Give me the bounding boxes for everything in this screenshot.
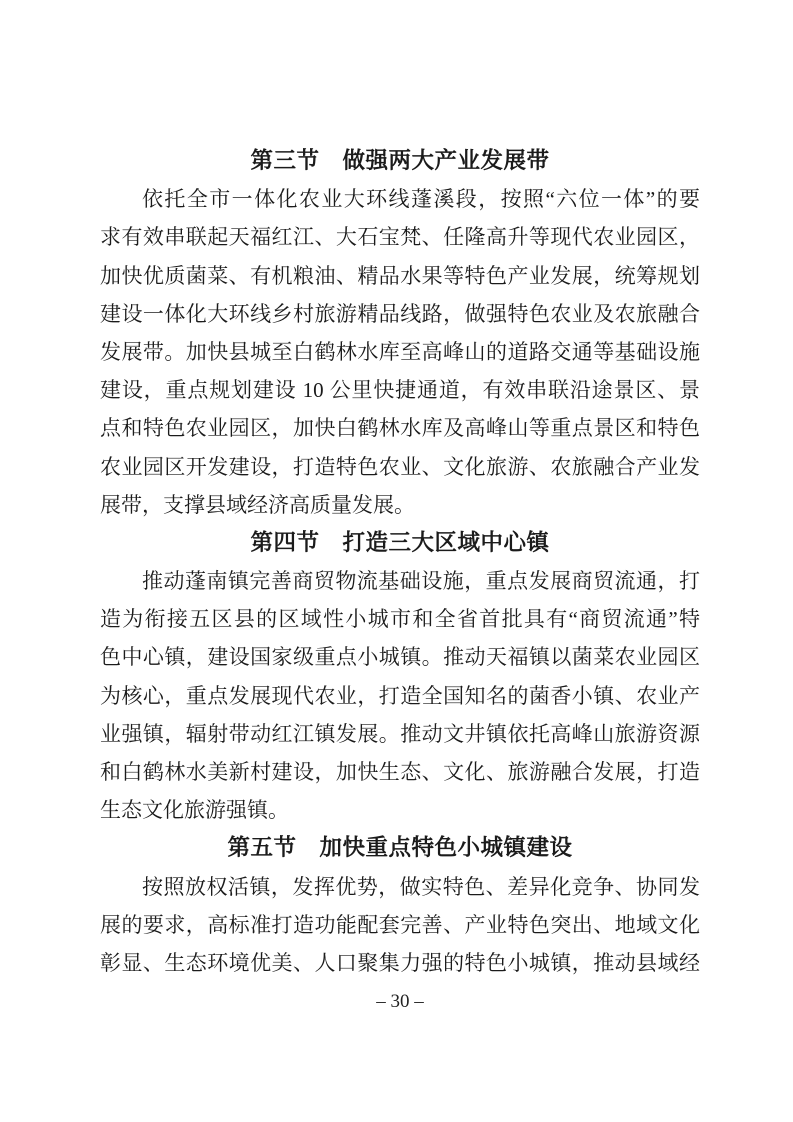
- page-number: – 30 –: [100, 989, 700, 1015]
- paragraph-line: 彰显、生态环境优美、人口聚集力强的特色小城镇，推动县域经: [100, 944, 700, 982]
- paragraph-line: 加快优质菌菜、有机粮油、精品水果等特色产业发展，统筹规划: [100, 257, 700, 295]
- paragraph-line: 为核心，重点发展现代农业，打造全国知名的菌香小镇、农业产: [100, 677, 700, 715]
- paragraph-line: 色中心镇，建设国家级重点小城镇。推动天福镇以菌菜农业园区: [100, 638, 700, 676]
- section-heading-5: 第五节 加快重点特色小城镇建设: [100, 829, 700, 867]
- paragraph-line: 点和特色农业园区，加快白鹤林水库及高峰山等重点景区和特色: [100, 409, 700, 447]
- paragraph-line: 展的要求，高标准打造功能配套完善、产业特色突出、地域文化: [100, 906, 700, 944]
- paragraph-line: 按照放权活镇，发挥优势，做实特色、差异化竞争、协同发: [100, 868, 700, 906]
- paragraph-line: 建设，重点规划建设 10 公里快捷通道，有效串联沿途景区、景: [100, 371, 700, 409]
- paragraph-line: 和白鹤林水美新村建设，加快生态、文化、旅游融合发展，打造: [100, 753, 700, 791]
- paragraph-line: 展带，支撑县域经济高质量发展。: [100, 486, 700, 524]
- page-content: 第三节 做强两大产业发展带 依托全市一体化农业大环线蓬溪段，按照“六位一体”的要…: [100, 142, 700, 982]
- paragraph-line: 求有效串联起天福红江、大石宝梵、任隆高升等现代农业园区，: [100, 218, 700, 256]
- section-heading-4: 第四节 打造三大区域中心镇: [100, 524, 700, 562]
- document-page: 第三节 做强两大产业发展带 依托全市一体化农业大环线蓬溪段，按照“六位一体”的要…: [0, 0, 793, 1122]
- paragraph-line: 生态文化旅游强镇。: [100, 791, 700, 829]
- paragraph-line: 发展带。加快县城至白鹤林水库至高峰山的道路交通等基础设施: [100, 333, 700, 371]
- paragraph-line: 业强镇，辐射带动红江镇发展。推动文井镇依托高峰山旅游资源: [100, 715, 700, 753]
- section-heading-3: 第三节 做强两大产业发展带: [100, 142, 700, 180]
- paragraph-line: 建设一体化大环线乡村旅游精品线路，做强特色农业及农旅融合: [100, 295, 700, 333]
- paragraph-line: 造为衔接五区县的区域性小城市和全省首批具有“商贸流通”特: [100, 600, 700, 638]
- paragraph-line: 推动蓬南镇完善商贸物流基础设施，重点发展商贸流通，打: [100, 562, 700, 600]
- paragraph-line: 农业园区开发建设，打造特色农业、文化旅游、农旅融合产业发: [100, 448, 700, 486]
- paragraph-line: 依托全市一体化农业大环线蓬溪段，按照“六位一体”的要: [100, 180, 700, 218]
